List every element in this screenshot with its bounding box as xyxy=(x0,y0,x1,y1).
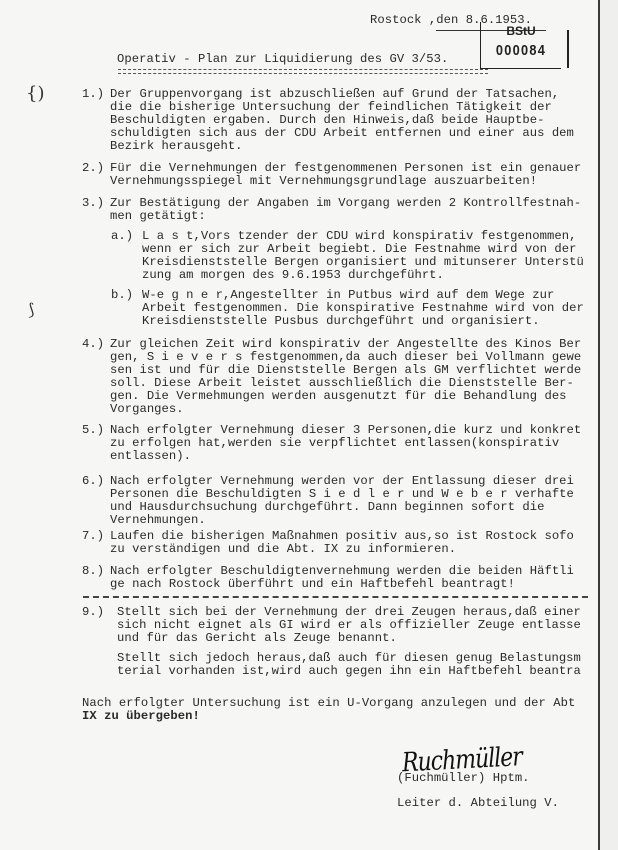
item-number: 2.) xyxy=(82,162,104,175)
subitem-line: zung am morgen des 9.6.1953 durchgeführt… xyxy=(142,269,444,282)
item-line: ge nach Rostock überführt und ein Haftbe… xyxy=(110,578,515,591)
item-line: und für das Gericht als Zeuge benannt. xyxy=(117,632,397,645)
stamp-border xyxy=(567,30,569,68)
item-line: Vernehmungen. xyxy=(110,514,206,527)
signatory-name: (Fuchmüller) Hptm. xyxy=(397,772,530,785)
item-number: 3.) xyxy=(82,197,104,210)
title-underline xyxy=(118,69,488,74)
subitem-label: b.) xyxy=(111,289,133,302)
item-line: men getätigt: xyxy=(110,210,206,223)
item-number: 8.) xyxy=(82,565,104,578)
section-divider xyxy=(83,596,588,598)
archive-stamp: BStU 000084 xyxy=(480,22,561,69)
item-line: terial vorhanden ist,wird auch gegen ihn… xyxy=(117,665,581,678)
item-number: 6.) xyxy=(82,475,104,488)
item-line: Bezirk herausgeht. xyxy=(110,140,243,153)
item-line: Vorganges. xyxy=(110,403,184,416)
stamp-title: BStU xyxy=(481,24,561,38)
subitem-line: Kreisdienststelle Pusbus durchgeführt un… xyxy=(142,315,540,328)
scan-margin xyxy=(600,0,618,850)
item-number: 1.) xyxy=(82,88,104,101)
stamp-number: 000084 xyxy=(487,42,555,59)
margin-mark: {) xyxy=(26,83,44,104)
signatory-position: Leiter d. Abteilung V. xyxy=(397,797,559,810)
item-line: entlassen). xyxy=(110,450,191,463)
item-number: 7.) xyxy=(82,530,104,543)
item-line: Vernehmungsspiegel mit Vernehmungsgrundl… xyxy=(110,175,537,188)
item-number: 5.) xyxy=(82,424,104,437)
item-number: 9.) xyxy=(82,606,104,619)
document-title: Operativ - Plan zur Liquidierung des GV … xyxy=(117,53,448,66)
subitem-label: a.) xyxy=(111,230,133,243)
item-number: 4.) xyxy=(82,338,104,351)
closing-line: IX zu übergeben! xyxy=(82,710,200,723)
margin-mark: ⟆ xyxy=(28,300,34,319)
item-line: zu verständigen und die Abt. IX zu infor… xyxy=(110,543,456,556)
